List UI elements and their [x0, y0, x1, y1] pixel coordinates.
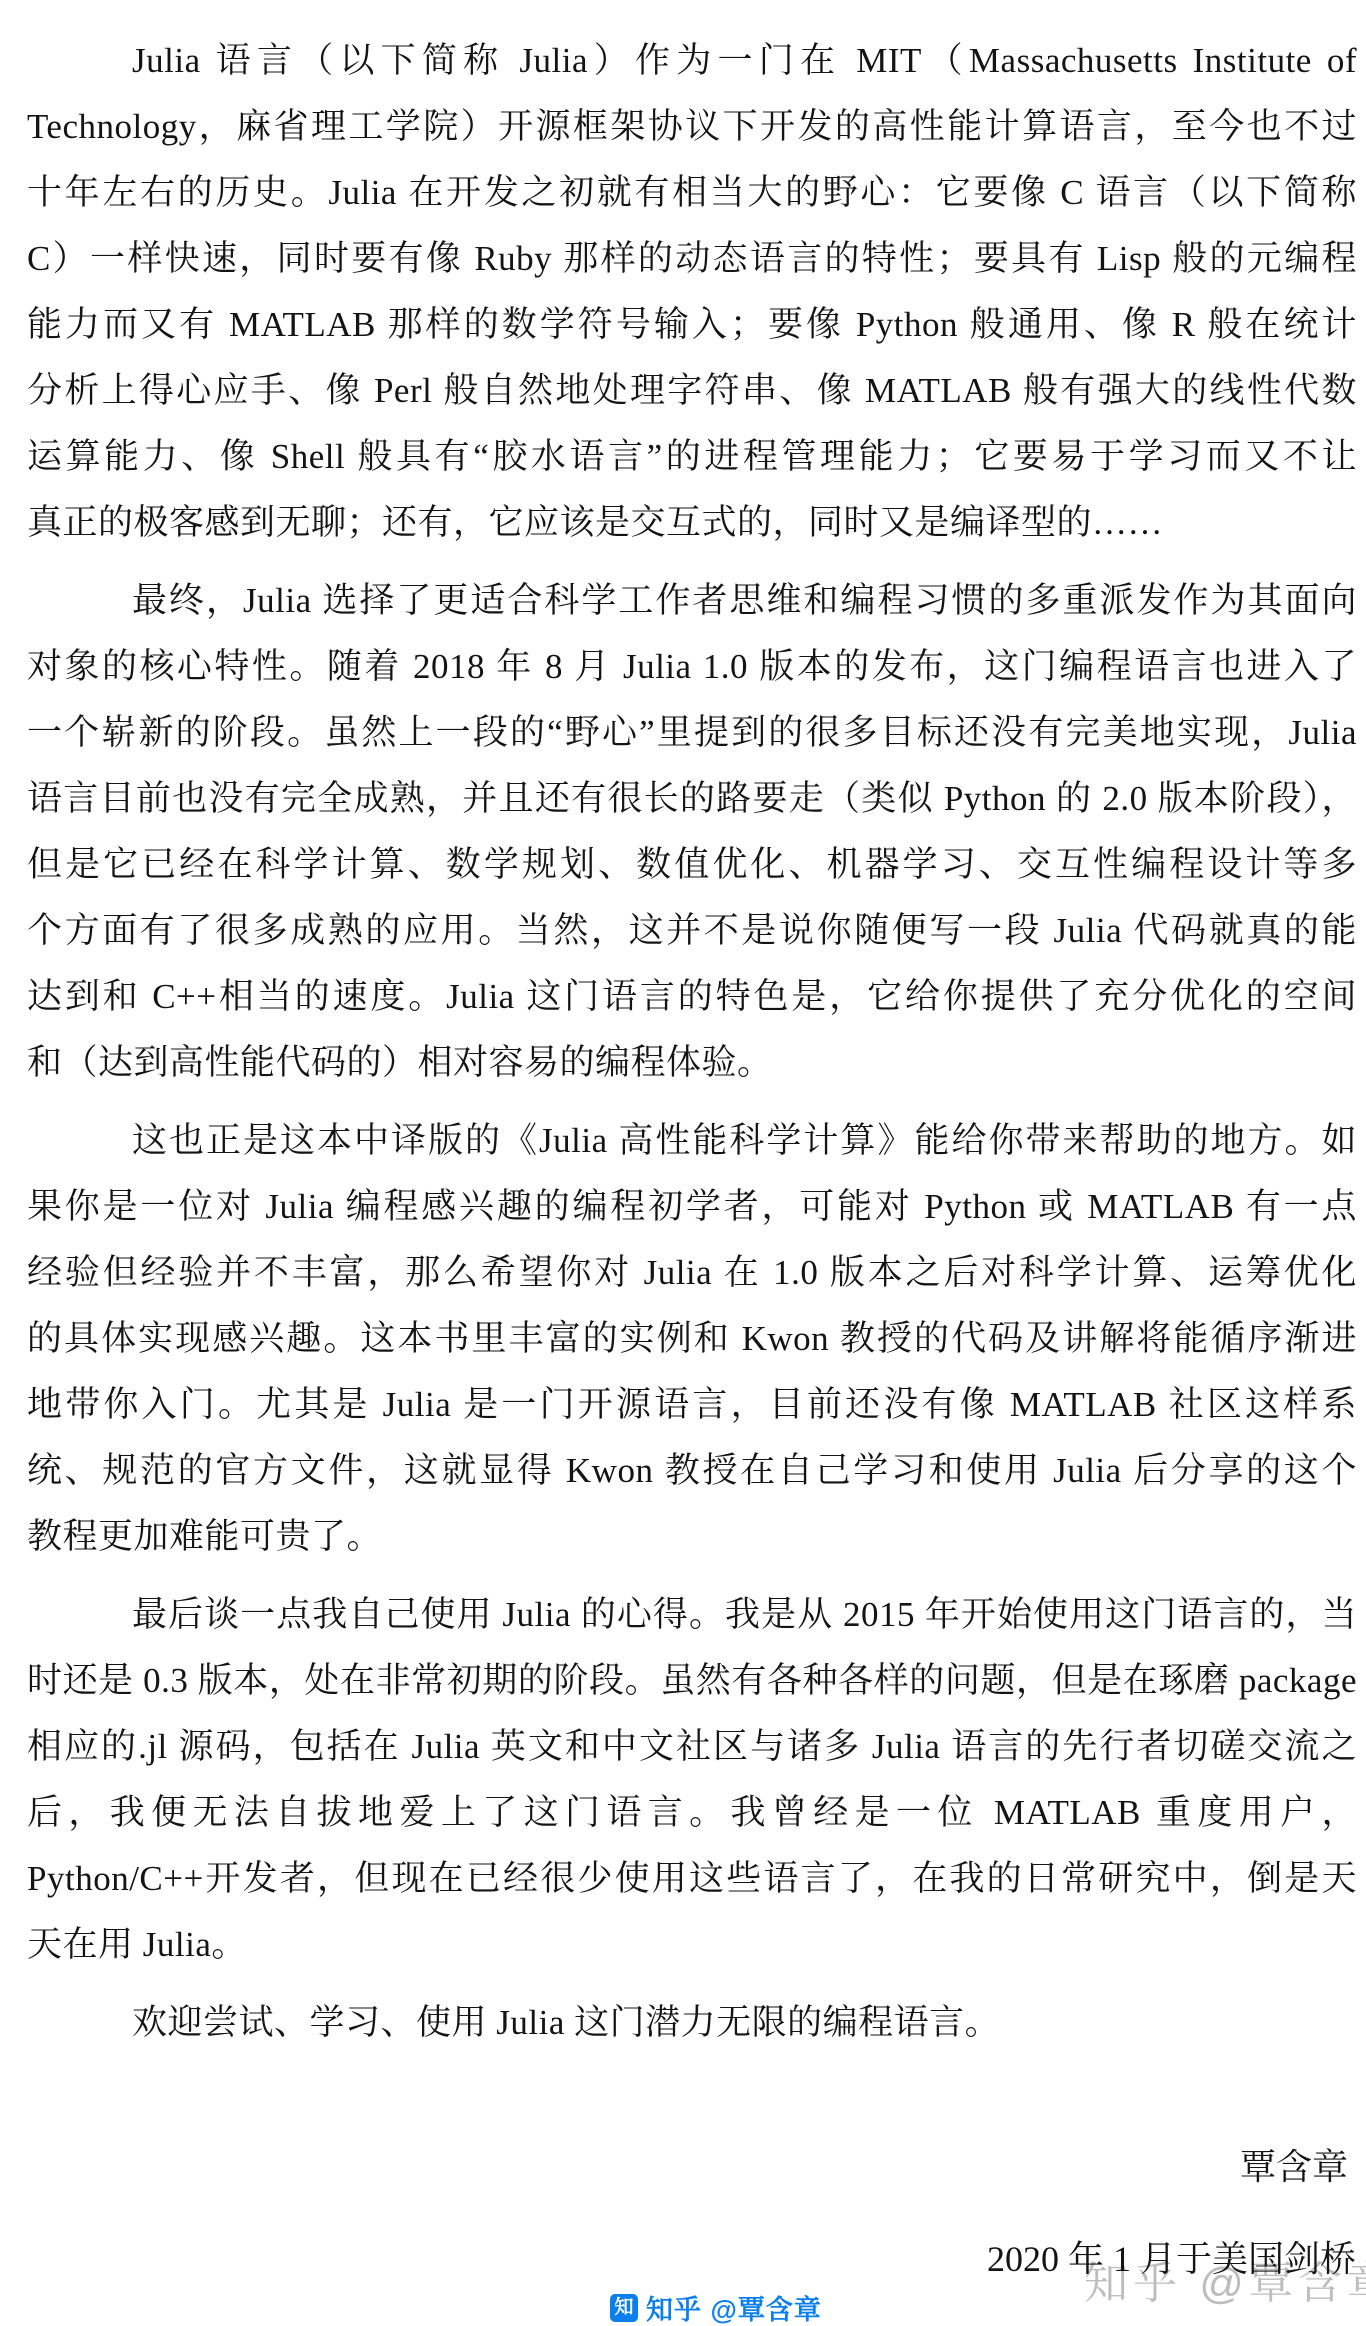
text-line: 最后谈一点我自己使用 Julia 的心得。我是从 2015 年开始使用这门语言的… — [27, 1582, 1357, 1648]
text-line: 时还是 0.3 版本，处在非常初期的阶段。虽然有各种各样的问题，但是在琢磨 pa… — [27, 1648, 1357, 1714]
text-line: 一个崭新的阶段。虽然上一段的“野心”里提到的很多目标还没有完美地实现，Julia — [27, 700, 1357, 766]
text-line: 统、规范的官方文件，这就显得 Kwon 教授在自己学习和使用 Julia 后分享… — [27, 1438, 1357, 1504]
text-line: 达到和 C++相当的速度。Julia 这门语言的特色是，它给你提供了充分优化的空… — [27, 964, 1357, 1030]
text-line: Julia 语言（以下简称 Julia）作为一门在 MIT（Massachuse… — [27, 28, 1357, 94]
text-line: 十年左右的历史。Julia 在开发之初就有相当大的野心：它要像 C 语言（以下简… — [27, 160, 1357, 226]
document-page: Julia 语言（以下简称 Julia）作为一门在 MIT（Massachuse… — [0, 0, 1366, 2326]
text-line: 最终，Julia 选择了更适合科学工作者思维和编程习惯的多重派发作为其面向 — [27, 568, 1357, 634]
text-line: 天在用 Julia。 — [27, 1912, 1357, 1978]
signature: 覃含章 — [0, 2134, 1366, 2200]
text-line: 个方面有了很多成熟的应用。当然，这并不是说你随便写一段 Julia 代码就真的能 — [27, 898, 1357, 964]
text-line: C）一样快速，同时要有像 Ruby 那样的动态语言的特性；要具有 Lisp 般的… — [27, 226, 1357, 292]
text-line: 教程更加难能可贵了。 — [27, 1504, 1357, 1570]
text-line: 相应的.jl 源码，包括在 Julia 英文和中文社区与诸多 Julia 语言的… — [27, 1714, 1357, 1780]
text-line: Technology，麻省理工学院）开源框架协议下开发的高性能计算语言，至今也不… — [27, 94, 1357, 160]
zhihu-watermark-text: 知乎 @覃含章 — [646, 2288, 822, 2326]
document-body: Julia 语言（以下简称 Julia）作为一门在 MIT（Massachuse… — [0, 0, 1366, 2056]
paragraph: 欢迎尝试、学习、使用 Julia 这门潜力无限的编程语言。 — [27, 1990, 1357, 2056]
text-line: 这也正是这本中译版的《Julia 高性能科学计算》能给你带来帮助的地方。如 — [27, 1108, 1357, 1174]
text-line: 能力而又有 MATLAB 那样的数学符号输入；要像 Python 般通用、像 R… — [27, 292, 1357, 358]
text-line: 地带你入门。尤其是 Julia 是一门开源语言，目前还没有像 MATLAB 社区… — [27, 1372, 1357, 1438]
text-line: 经验但经验并不丰富，那么希望你对 Julia 在 1.0 版本之后对科学计算、运… — [27, 1240, 1357, 1306]
paragraph: 最终，Julia 选择了更适合科学工作者思维和编程习惯的多重派发作为其面向对象的… — [27, 568, 1357, 1096]
text-line: 对象的核心特性。随着 2018 年 8 月 Julia 1.0 版本的发布，这门… — [27, 634, 1357, 700]
text-line: 真正的极客感到无聊；还有，它应该是交互式的，同时又是编译型的…… — [27, 490, 1357, 556]
text-line: 分析上得心应手、像 Perl 般自然地处理字符串、像 MATLAB 般有强大的线… — [27, 358, 1357, 424]
text-line: 果你是一位对 Julia 编程感兴趣的编程初学者，可能对 Python 或 MA… — [27, 1174, 1357, 1240]
text-line: 语言目前也没有完全成熟，并且还有很长的路要走（类似 Python 的 2.0 版… — [27, 766, 1357, 832]
text-line: 的具体实现感兴趣。这本书里丰富的实例和 Kwon 教授的代码及讲解将能循序渐进 — [27, 1306, 1357, 1372]
text-line: 和（达到高性能代码的）相对容易的编程体验。 — [27, 1030, 1357, 1096]
text-line: Python/C++开发者，但现在已经很少使用这些语言了，在我的日常研究中，倒是… — [27, 1846, 1357, 1912]
paragraph: 最后谈一点我自己使用 Julia 的心得。我是从 2015 年开始使用这门语言的… — [27, 1582, 1357, 1978]
zhihu-logo-icon: 知 — [610, 2294, 638, 2322]
date-line: 2020 年 1 月于美国剑桥 — [0, 2226, 1366, 2292]
text-line: 后，我便无法自拔地爱上了这门语言。我曾经是一位 MATLAB 重度用户， — [27, 1780, 1357, 1846]
text-line: 欢迎尝试、学习、使用 Julia 这门潜力无限的编程语言。 — [27, 1990, 1357, 2056]
paragraph: Julia 语言（以下简称 Julia）作为一门在 MIT（Massachuse… — [27, 28, 1357, 556]
paragraph: 这也正是这本中译版的《Julia 高性能科学计算》能给你带来帮助的地方。如果你是… — [27, 1108, 1357, 1570]
text-line: 但是它已经在科学计算、数学规划、数值优化、机器学习、交互性编程设计等多 — [27, 832, 1357, 898]
text-line: 运算能力、像 Shell 般具有“胶水语言”的进程管理能力；它要易于学习而又不让 — [27, 424, 1357, 490]
zhihu-watermark-blue: 知 知乎 @覃含章 — [610, 2288, 822, 2326]
